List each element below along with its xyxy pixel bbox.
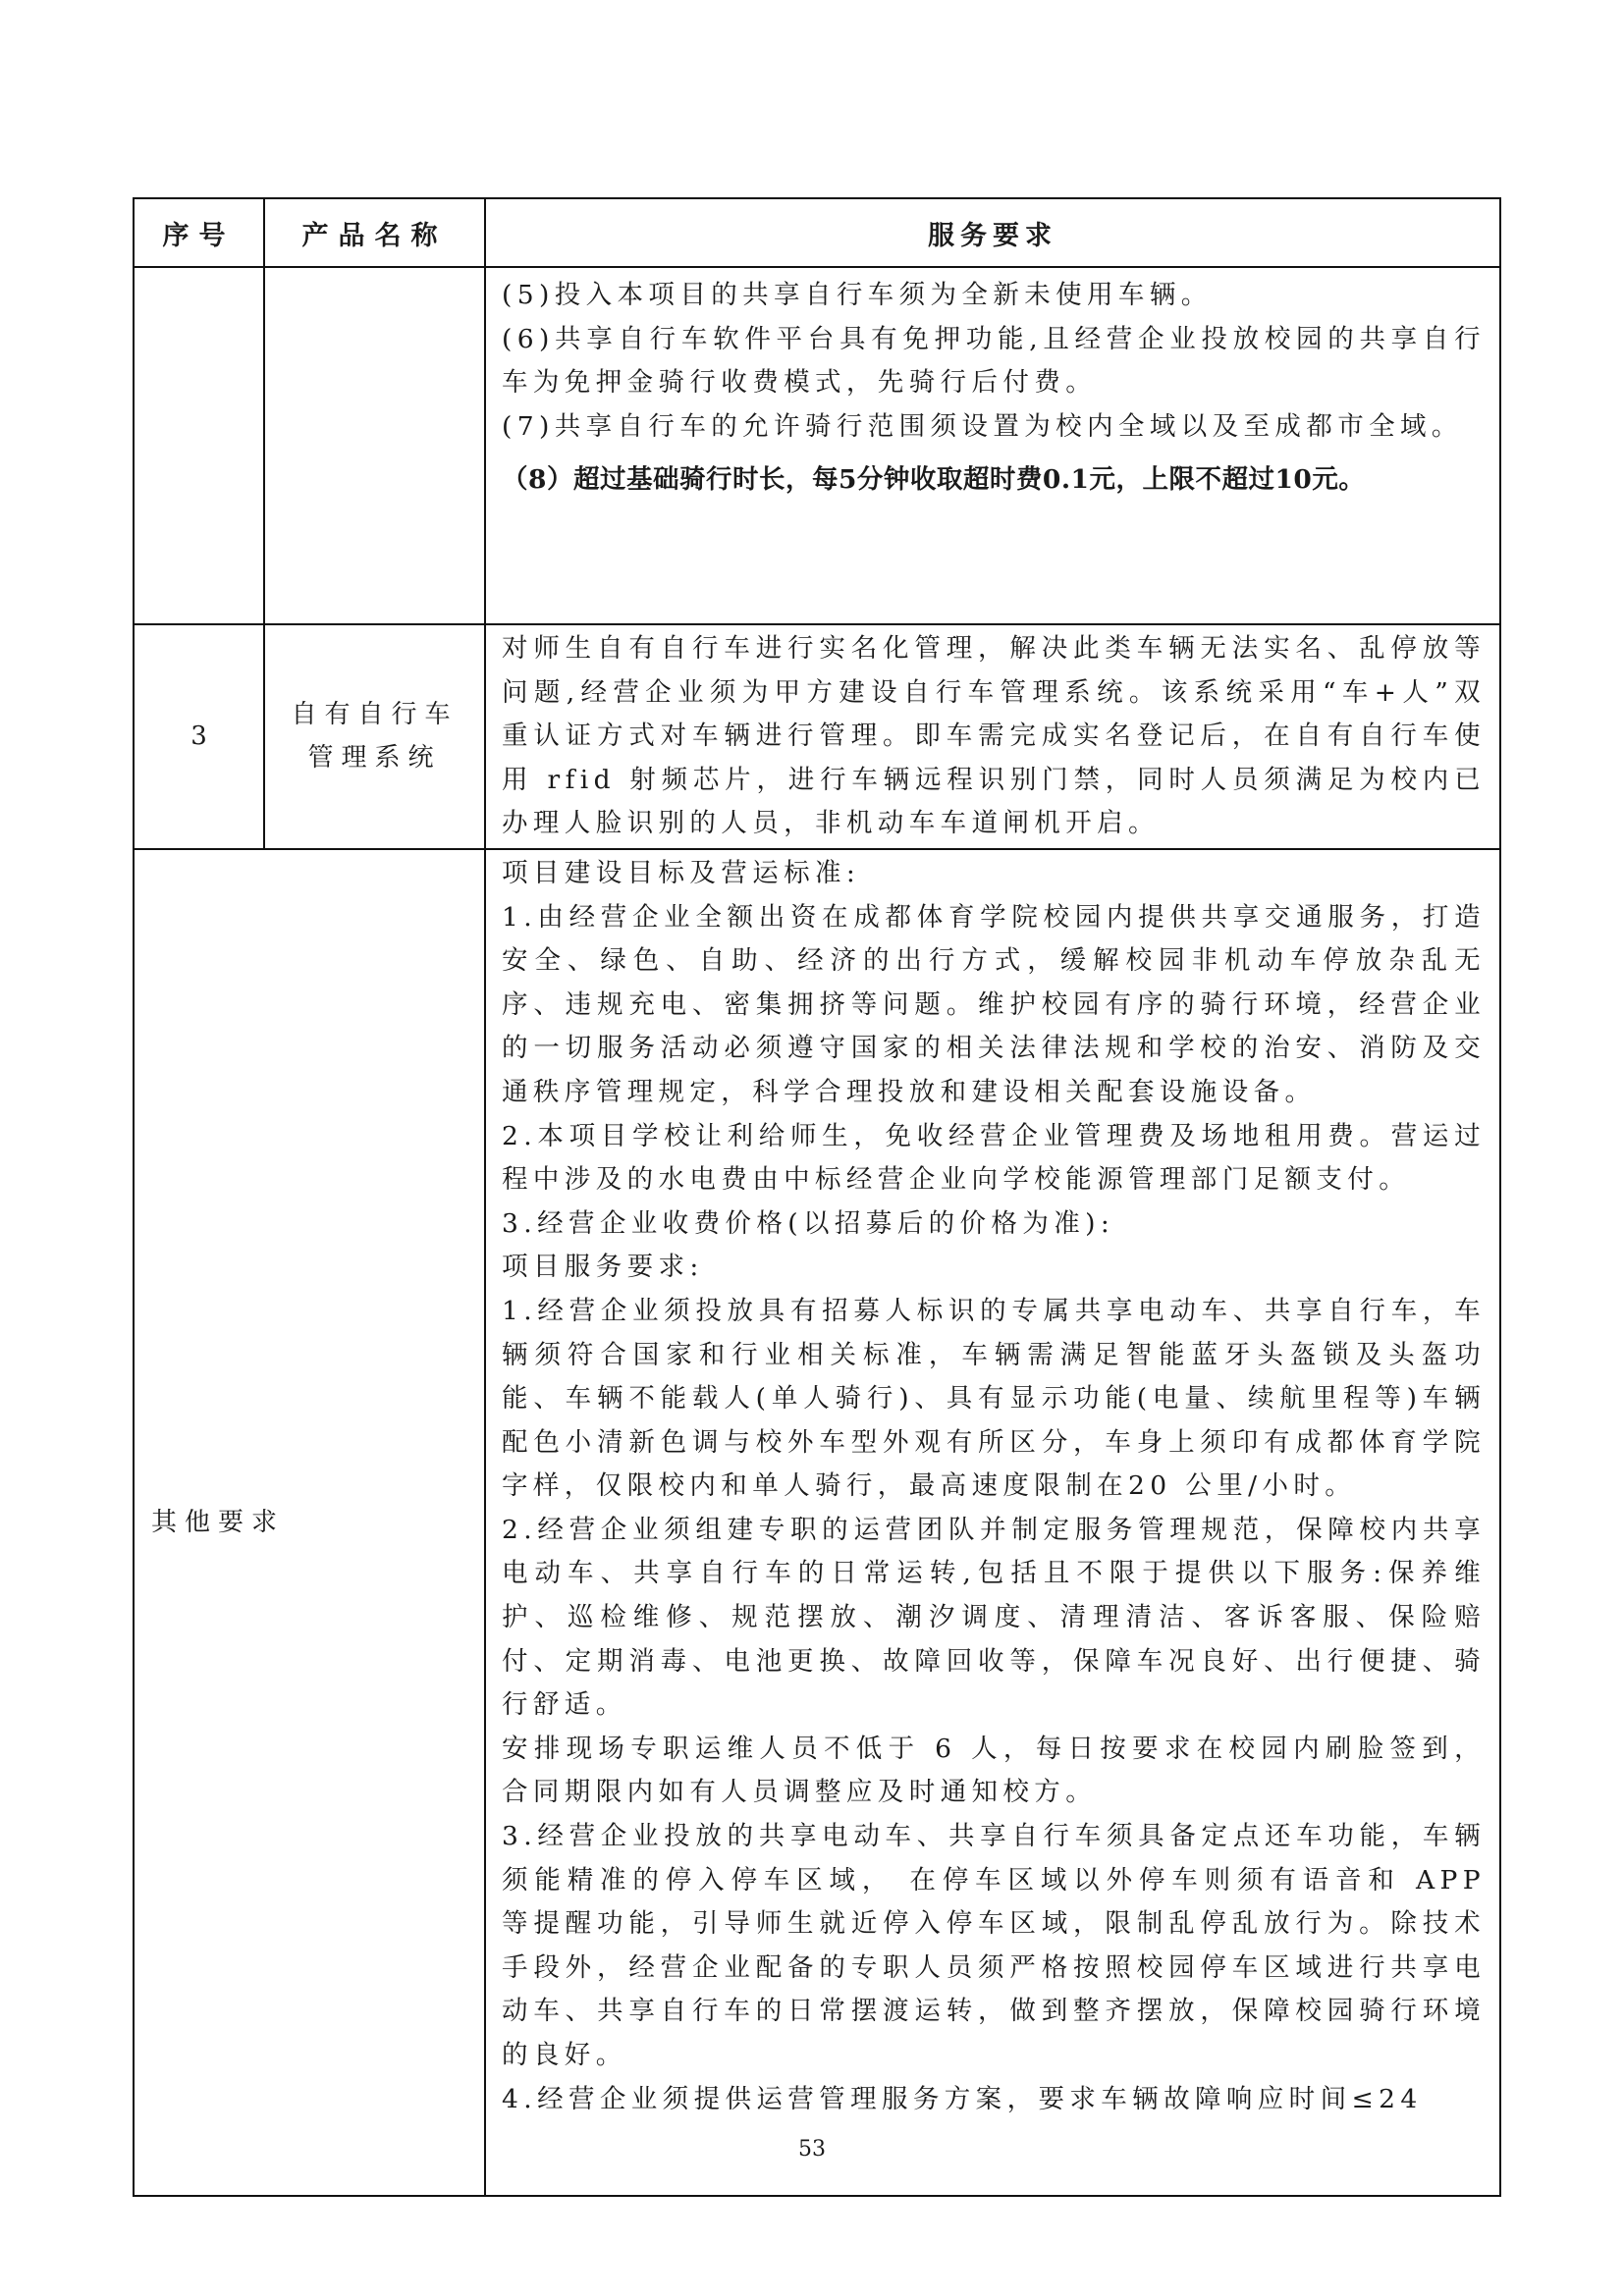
table-row: 3 自有自行车 管理系统 对师生自有自行车进行实名化管理，解决此类车辆无法实名、… [134, 624, 1500, 849]
requirement-paragraph: (5)投入本项目的共享自行车须为全新未使用车辆。 [502, 274, 1486, 318]
product-name-line: 自有自行车 [265, 693, 484, 736]
row-product-name [264, 267, 485, 624]
requirement-paragraph: 1.由经营企业全额出资在成都体育学院校园内提供共享交通服务，打造安全、绿色、自助… [502, 896, 1486, 1115]
requirement-paragraph: 安排现场专职运维人员不低于 6 人，每日按要求在校园内刷脸签到，合同期限内如有人… [502, 1728, 1486, 1815]
row-index [134, 267, 264, 624]
service-requirements-table: 序号 产品名称 服务要求 (5)投入本项目的共享自行车须为全新未使用车辆。 (6… [133, 197, 1501, 2197]
row-index: 3 [134, 624, 264, 849]
row-requirements: (5)投入本项目的共享自行车须为全新未使用车辆。 (6)共享自行车软件平台具有免… [485, 267, 1500, 624]
requirement-paragraph: 3.经营企业收费价格(以招募后的价格为准): [502, 1202, 1486, 1247]
requirement-paragraph: (7)共享自行车的允许骑行范围须设置为校内全域以及至成都市全域。 [502, 405, 1486, 450]
row-product-name: 自有自行车 管理系统 [264, 624, 485, 849]
header-product-name: 产品名称 [264, 198, 485, 267]
requirement-paragraph: 1.经营企业须投放具有招募人标识的专属共享电动车、共享自行车，车辆须符合国家和行… [502, 1290, 1486, 1509]
table-row: (5)投入本项目的共享自行车须为全新未使用车辆。 (6)共享自行车软件平台具有免… [134, 267, 1500, 624]
table-header-row: 序号 产品名称 服务要求 [134, 198, 1500, 267]
requirement-paragraph: 2.经营企业须组建专职的运营团队并制定服务管理规范，保障校内共享电动车、共享自行… [502, 1509, 1486, 1728]
requirement-paragraph-bold: （8）超过基础骑行时长，每5分钟收取超时费0.1元，上限不超过10元。 [502, 458, 1486, 503]
requirement-paragraph: 3.经营企业投放的共享电动车、共享自行车须具备定点还车功能，车辆须能精准的停入停… [502, 1815, 1486, 2078]
table-row: 其他要求 项目建设目标及营运标准: 1.由经营企业全额出资在成都体育学院校园内提… [134, 849, 1500, 2196]
row-requirements: 项目建设目标及营运标准: 1.由经营企业全额出资在成都体育学院校园内提供共享交通… [485, 849, 1500, 2196]
product-name-line: 管理系统 [265, 736, 484, 779]
header-service-requirements: 服务要求 [485, 198, 1500, 267]
row-product-name: 其他要求 [151, 849, 372, 2196]
requirement-paragraph: 4.经营企业须提供运营管理服务方案，要求车辆故障响应时间≤24 [502, 2078, 1486, 2122]
header-index: 序号 [134, 198, 264, 267]
requirement-paragraph: 对师生自有自行车进行实名化管理，解决此类车辆无法实名、乱停放等问题,经营企业须为… [502, 627, 1486, 846]
page-number: 53 [0, 2137, 1624, 2162]
requirement-paragraph: (6)共享自行车软件平台具有免押功能,且经营企业投放校园的共享自行车为免押金骑行… [502, 318, 1486, 405]
requirement-paragraph: 项目服务要求: [502, 1246, 1486, 1290]
requirement-paragraph: 项目建设目标及营运标准: [502, 852, 1486, 896]
requirement-paragraph: 2.本项目学校让利给师生，免收经营企业管理费及场地租用费。营运过程中涉及的水电费… [502, 1115, 1486, 1202]
row-requirements: 对师生自有自行车进行实名化管理，解决此类车辆无法实名、乱停放等问题,经营企业须为… [485, 624, 1500, 849]
document-page: 序号 产品名称 服务要求 (5)投入本项目的共享自行车须为全新未使用车辆。 (6… [0, 0, 1624, 2296]
